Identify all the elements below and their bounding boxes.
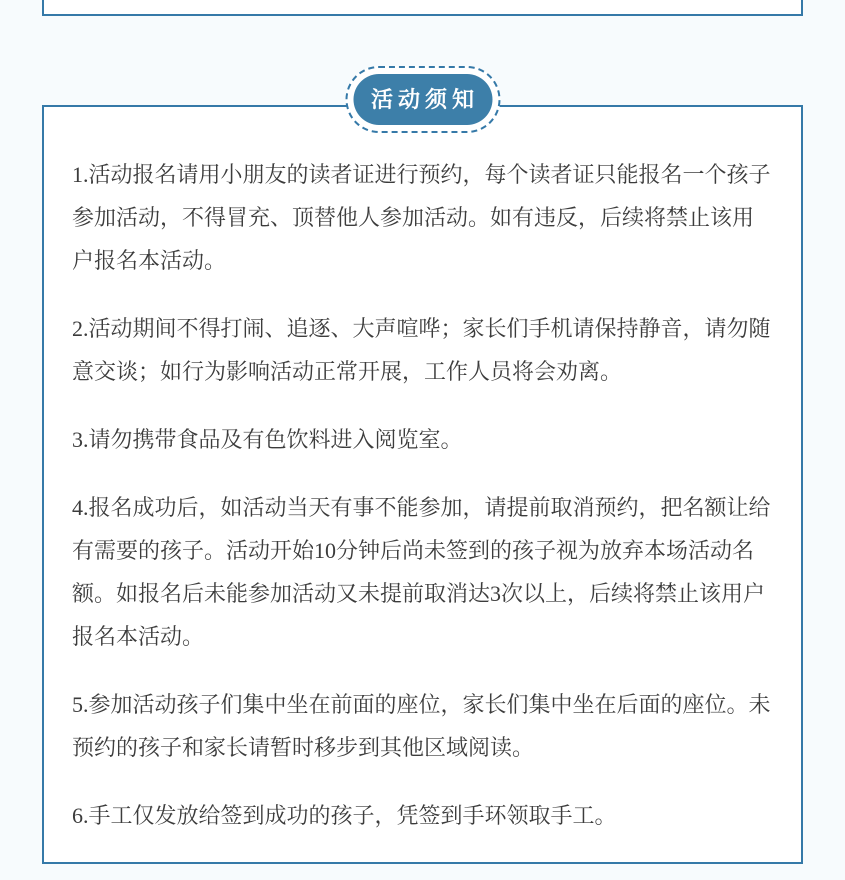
notice-item-1: 1.活动报名请用小朋友的读者证进行预约，每个读者证只能报名一个孩子参加活动，不得… (72, 153, 773, 282)
notice-item-5: 5.参加活动孩子们集中坐在前面的座位，家长们集中坐在后面的座位。未预约的孩子和家… (72, 683, 773, 769)
previous-card-bottom (42, 0, 803, 16)
notice-card: 1.活动报名请用小朋友的读者证进行预约，每个读者证只能报名一个孩子参加活动，不得… (42, 105, 803, 864)
notice-page: 活动须知 1.活动报名请用小朋友的读者证进行预约，每个读者证只能报名一个孩子参加… (0, 0, 845, 880)
notice-badge: 活动须知 (345, 66, 500, 133)
notice-item-3: 3.请勿携带食品及有色饮料进入阅览室。 (72, 418, 773, 461)
notice-item-4: 4.报名成功后，如活动当天有事不能参加，请提前取消预约，把名额让给有需要的孩子。… (72, 486, 773, 658)
notice-item-2: 2.活动期间不得打闹、追逐、大声喧哗；家长们手机请保持静音，请勿随意交谈；如行为… (72, 307, 773, 393)
notice-badge-label: 活动须知 (353, 74, 492, 125)
notice-item-6: 6.手工仅发放给签到成功的孩子，凭签到手环领取手工。 (72, 794, 773, 837)
notice-list: 1.活动报名请用小朋友的读者证进行预约，每个读者证只能报名一个孩子参加活动，不得… (72, 153, 773, 837)
